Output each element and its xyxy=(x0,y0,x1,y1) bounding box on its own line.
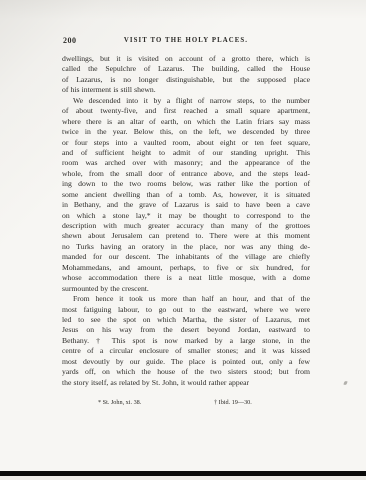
body-line: Bethany. † This spot is now marked by a … xyxy=(62,336,310,346)
text-block: dwellings, but it is visited on account … xyxy=(62,54,310,388)
body-line: room was arched over with masonry; and t… xyxy=(62,158,310,168)
body-line: of about twenty-five, and first reached … xyxy=(62,106,310,116)
running-title: VISIT TO THE HOLY PLACES. xyxy=(62,37,310,44)
body-line: of Lazarus, is no longer distinguishable… xyxy=(62,75,310,85)
body-line: whole, from the small door of entrance a… xyxy=(62,169,310,179)
scan-edge-below xyxy=(0,476,366,480)
body-line: twice in the year. Below this, on the le… xyxy=(62,127,310,137)
footnotes: * St. John, xi. 38. † Ibid. 19—30. xyxy=(62,399,310,409)
body-line: manded for our descent. The inhabitants … xyxy=(62,252,310,262)
body-line: surmounted by the crescent. xyxy=(62,284,310,294)
body-line: shewn about Jerusalem can pretend to. Th… xyxy=(62,231,310,241)
body-line: the story itself, as related by St. John… xyxy=(62,378,310,388)
body-line: called the Sepulchre of Lazarus. The bui… xyxy=(62,64,310,74)
body-line: whose accommodation there is a neat litt… xyxy=(62,273,310,283)
scan-speck xyxy=(343,381,347,386)
body-line: Mohammedans, and amount, perhaps, to fiv… xyxy=(62,263,310,273)
body-line: on which a stone lay,* it may be thought… xyxy=(62,211,310,221)
body-line: description with much greater accuracy t… xyxy=(62,221,310,231)
body-line: yards off, on which the house of the two… xyxy=(62,367,310,377)
body-line: Jesus on his way from the desert beyond … xyxy=(62,325,310,335)
body-line: and of sufficient height to admit of our… xyxy=(62,148,310,158)
body-line: ing down to the two rooms below, was rat… xyxy=(62,179,310,189)
body-line: led to see the spot on which Martha, the… xyxy=(62,315,310,325)
footnote-st-john: * St. John, xi. 38. xyxy=(98,399,141,406)
scanned-book-page: { "colors": { "paper": "#f7f6f3", "ink":… xyxy=(0,0,366,480)
body-line: most fatiguing labour, to go out to the … xyxy=(62,305,310,315)
body-line: centre of a circular enclosure of smalle… xyxy=(62,346,310,356)
footnote-ibid: † Ibid. 19—30. xyxy=(214,399,252,406)
body-line: of his interment is still shewn. xyxy=(62,85,310,95)
body-line: some ancient dwelling than of a tomb. As… xyxy=(62,190,310,200)
body-line: From hence it took us more than half an … xyxy=(62,294,310,304)
body-line: no Turks having an oratory in the place,… xyxy=(62,242,310,252)
body-line: most devoutly by our guide. The place is… xyxy=(62,357,310,367)
body-line: dwellings, but it is visited on account … xyxy=(62,54,310,64)
body-line: where there is an altar of earth, on whi… xyxy=(62,117,310,127)
page-header: 200 VISIT TO THE HOLY PLACES. xyxy=(62,36,310,48)
body-line: We descended into it by a flight of narr… xyxy=(62,96,310,106)
body-line: or four steps into a vaulted room, about… xyxy=(62,138,310,148)
body-line: in Bethany, and the grave of Lazarus is … xyxy=(62,200,310,210)
